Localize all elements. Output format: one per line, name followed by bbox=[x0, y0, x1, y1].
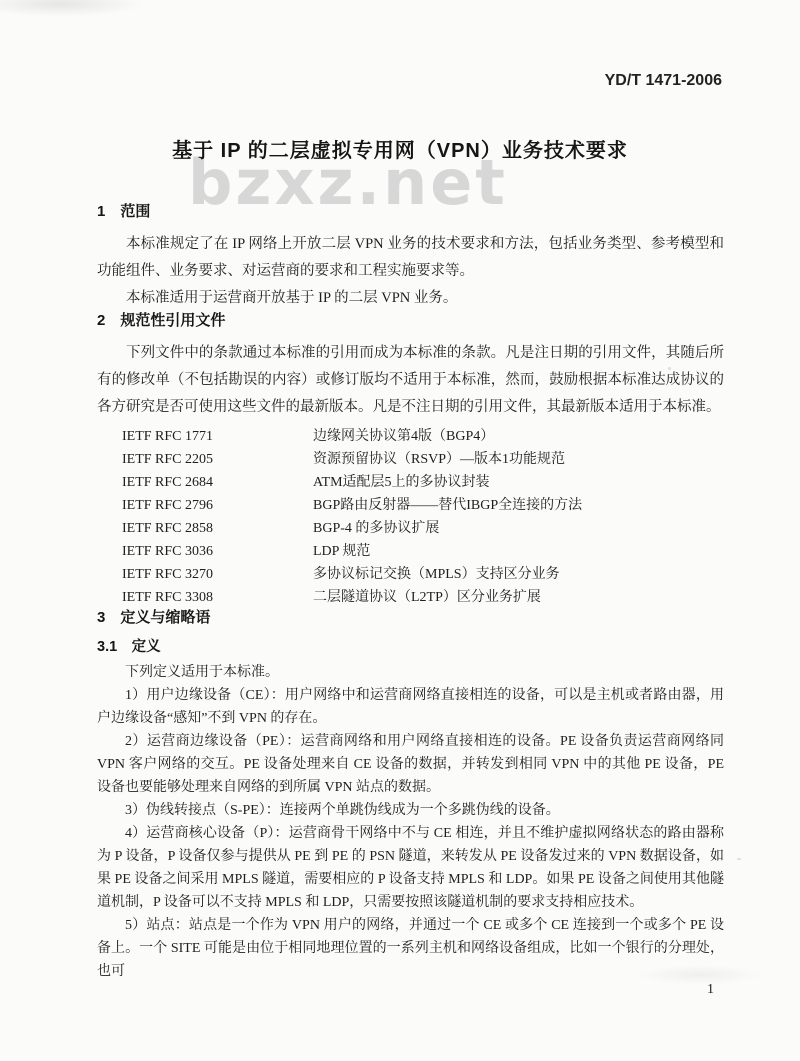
document-page: bzxz.net YD/T 1471-2006 基于 IP 的二层虚拟专用网（V… bbox=[0, 0, 800, 1061]
definition-item: 1）用户边缘设备（CE）：用户网络中和运营商网络直接相连的设备，可以是主机或者路… bbox=[97, 684, 724, 730]
definition-item: 3）伪线转接点（S-PE）：连接两个单跳伪线成为一个多跳伪线的设备。 bbox=[97, 799, 724, 822]
section-3-1-heading: 3.1 定义 bbox=[97, 639, 724, 656]
reference-title: ATM适配层5上的多协议封装 bbox=[313, 471, 724, 494]
reference-row: IETF RFC 2684 ATM适配层5上的多协议封装 bbox=[97, 471, 724, 494]
definitions-intro: 下列定义适用于本标准。 bbox=[97, 661, 724, 684]
reference-id: IETF RFC 2796 bbox=[122, 494, 313, 517]
scope-paragraph: 本标准适用于运营商开放基于 IP 的二层 VPN 业务。 bbox=[97, 285, 724, 312]
reference-title: LDP 规范 bbox=[313, 540, 724, 563]
reference-row: IETF RFC 1771 边缘网关协议第4版（BGP4） bbox=[97, 425, 724, 448]
reference-id: IETF RFC 2684 bbox=[122, 471, 313, 494]
reference-title: 资源预留协议（RSVP）—版本1功能规范 bbox=[313, 448, 724, 471]
definition-item: 4）运营商核心设备（P）：运营商骨干网络中不与 CE 相连，并且不维护虚拟网络状… bbox=[97, 822, 724, 914]
reference-id: IETF RFC 3036 bbox=[122, 540, 313, 563]
scope-paragraph: 本标准规定了在 IP 网络上开放二层 VPN 业务的技术要求和方法，包括业务类型… bbox=[97, 231, 724, 285]
reference-title: 二层隧道协议（L2TP）区分业务扩展 bbox=[313, 586, 724, 609]
definition-item: 2）运营商边缘设备（PE）：运营商网络和用户网络直接相连的设备。PE 设备负责运… bbox=[97, 730, 724, 799]
reference-id: IETF RFC 3270 bbox=[122, 563, 313, 586]
reference-row: IETF RFC 2796 BGP路由反射器——替代IBGP全连接的方法 bbox=[97, 494, 724, 517]
reference-row: IETF RFC 3270 多协议标记交换（MPLS）支持区分业务 bbox=[97, 563, 724, 586]
reference-id: IETF RFC 2858 bbox=[122, 517, 313, 540]
reference-list: IETF RFC 1771 边缘网关协议第4版（BGP4） IETF RFC 2… bbox=[97, 425, 724, 609]
reference-row: IETF RFC 3036 LDP 规范 bbox=[97, 540, 724, 563]
reference-row: IETF RFC 3308 二层隧道协议（L2TP）区分业务扩展 bbox=[97, 586, 724, 609]
standard-number: YD/T 1471-2006 bbox=[605, 72, 722, 90]
scan-speck bbox=[737, 858, 741, 860]
section-1-heading: 1 范围 bbox=[97, 203, 724, 221]
definition-item: 5）站点：站点是一个作为 VPN 用户的网络，并通过一个 CE 或多个 CE 连… bbox=[97, 914, 724, 983]
document-body: 1 范围 本标准规定了在 IP 网络上开放二层 VPN 业务的技术要求和方法，包… bbox=[97, 203, 724, 983]
reference-title: 边缘网关协议第4版（BGP4） bbox=[313, 425, 724, 448]
reference-id: IETF RFC 2205 bbox=[122, 448, 313, 471]
reference-title: 多协议标记交换（MPLS）支持区分业务 bbox=[313, 563, 724, 586]
section-3-heading: 3 定义与缩略语 bbox=[97, 609, 724, 627]
section-2-heading: 2 规范性引用文件 bbox=[97, 312, 724, 330]
page-number: 1 bbox=[707, 982, 714, 998]
reference-id: IETF RFC 3308 bbox=[122, 586, 313, 609]
reference-title: BGP路由反射器——替代IBGP全连接的方法 bbox=[313, 494, 724, 517]
references-intro: 下列文件中的条款通过本标准的引用而成为本标准的条款。凡是注日期的引用文件，其随后… bbox=[97, 340, 724, 421]
document-title: 基于 IP 的二层虚拟专用网（VPN）业务技术要求 bbox=[0, 134, 800, 163]
reference-id: IETF RFC 1771 bbox=[122, 425, 313, 448]
reference-row: IETF RFC 2858 BGP-4 的多协议扩展 bbox=[97, 517, 724, 540]
reference-row: IETF RFC 2205 资源预留协议（RSVP）—版本1功能规范 bbox=[97, 448, 724, 471]
reference-title: BGP-4 的多协议扩展 bbox=[313, 517, 724, 540]
